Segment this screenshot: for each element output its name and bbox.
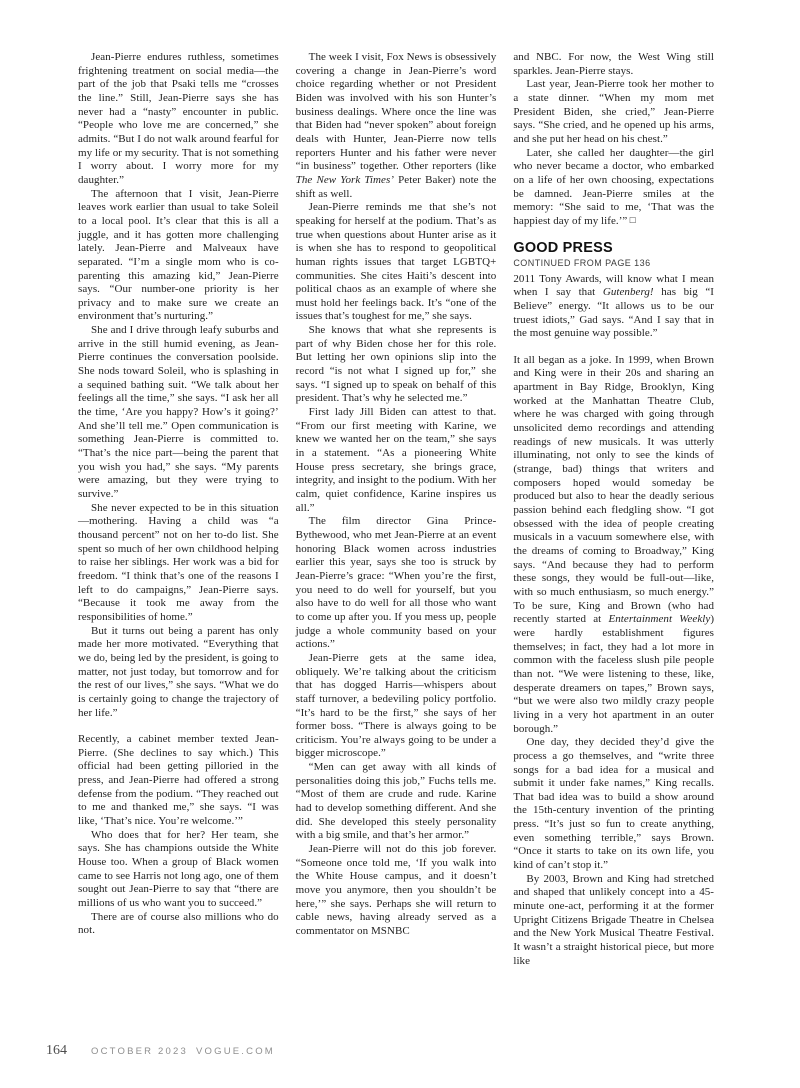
paragraph: One day, they decided they’d give the pr… xyxy=(513,736,714,873)
page-footer: 164 OCTOBER 2023 VOGUE.COM xyxy=(46,1043,275,1059)
paragraph: Jean-Pierre endures ruthless, sometimes … xyxy=(78,51,279,188)
footer-issue-label: OCTOBER 2023 xyxy=(91,1046,188,1057)
paragraph: She knows that what she represents is pa… xyxy=(296,324,497,406)
text-segment: Who does that for her? Her team, she say… xyxy=(78,829,279,909)
footer-site-label: VOGUE.COM xyxy=(196,1046,275,1057)
text-segment: But it turns out being a parent has only… xyxy=(78,625,279,719)
text-segment: Jean-Pierre gets at the same idea, obliq… xyxy=(296,652,497,760)
paragraph: Jean-Pierre reminds me that she’s not sp… xyxy=(296,201,497,324)
column-1: Jean-Pierre endures ruthless, sometimes … xyxy=(78,51,279,968)
italic-publication-name: Gutenberg! xyxy=(603,286,654,298)
paragraph: The film director Gina Prince-Bythewood,… xyxy=(296,515,497,652)
text-segment: One day, they decided they’d give the pr… xyxy=(513,736,714,871)
paragraph: and NBC. For now, the West Wing still sp… xyxy=(513,51,714,78)
text-segment: She never expected to be in this situati… xyxy=(78,502,279,623)
column-2: The week I visit, Fox News is obsessivel… xyxy=(296,51,497,968)
paragraph: 2011 Tony Awards, will know what I mean … xyxy=(513,273,714,341)
paragraph: Recently, a cabinet member texted Jean-P… xyxy=(78,733,279,829)
section-heading: GOOD PRESS xyxy=(513,241,714,256)
paragraph: There are of course also millions who do… xyxy=(78,911,279,938)
paragraph: Jean-Pierre gets at the same idea, obliq… xyxy=(296,652,497,761)
paragraph: Jean-Pierre will not do this job forever… xyxy=(296,843,497,939)
paragraph: She and I drive through leafy suburbs an… xyxy=(78,324,279,502)
text-segment: Last year, Jean-Pierre took her mother t… xyxy=(513,78,714,145)
text-segment: ) were hardly establishment figures them… xyxy=(513,613,714,734)
text-segment: The week I visit, Fox News is obsessivel… xyxy=(296,51,497,172)
text-segment: It all began as a joke. In 1999, when Br… xyxy=(513,354,714,625)
paragraph: Who does that for her? Her team, she say… xyxy=(78,829,279,911)
paragraph: Last year, Jean-Pierre took her mother t… xyxy=(513,78,714,146)
text-segment: Recently, a cabinet member texted Jean-P… xyxy=(78,733,279,827)
text-segment: Jean-Pierre endures ruthless, sometimes … xyxy=(78,51,279,186)
column-3: and NBC. For now, the West Wing still sp… xyxy=(513,51,714,968)
paragraph: The week I visit, Fox News is obsessivel… xyxy=(296,51,497,201)
paragraph: She never expected to be in this situati… xyxy=(78,502,279,625)
text-segment: and NBC. For now, the West Wing still sp… xyxy=(513,51,714,77)
paragraph: Later, she called her daughter—the girl … xyxy=(513,147,714,230)
article-end-mark: □ xyxy=(627,216,635,226)
paragraph: By 2003, Brown and King had stretched an… xyxy=(513,873,714,969)
magazine-page: Jean-Pierre endures ruthless, sometimes … xyxy=(0,0,800,1088)
text-segment: “Men can get away with all kinds of pers… xyxy=(296,761,497,841)
paragraph: “Men can get away with all kinds of pers… xyxy=(296,761,497,843)
text-segment: Jean-Pierre reminds me that she’s not sp… xyxy=(296,201,497,322)
text-segment: The film director Gina Prince-Bythewood,… xyxy=(296,515,497,650)
page-number: 164 xyxy=(46,1043,67,1059)
text-segment: There are of course also millions who do… xyxy=(78,911,279,937)
article-columns: Jean-Pierre endures ruthless, sometimes … xyxy=(78,51,714,968)
text-segment: Later, she called her daughter—the girl … xyxy=(513,147,714,227)
text-segment: She and I drive through leafy suburbs an… xyxy=(78,324,279,500)
italic-publication-name: Entertainment Weekly xyxy=(608,613,710,625)
continued-from-line: CONTINUED FROM PAGE 136 xyxy=(513,258,714,269)
text-segment: By 2003, Brown and King had stretched an… xyxy=(513,873,714,967)
text-segment: She knows that what she represents is pa… xyxy=(296,324,497,404)
paragraph: First lady Jill Biden can attest to that… xyxy=(296,406,497,515)
text-segment: Jean-Pierre will not do this job forever… xyxy=(296,843,497,937)
paragraph: The afternoon that I visit, Jean-Pierre … xyxy=(78,188,279,325)
paragraph: But it turns out being a parent has only… xyxy=(78,625,279,721)
text-segment: First lady Jill Biden can attest to that… xyxy=(296,406,497,514)
italic-publication-name: The New York Times’ xyxy=(296,174,394,186)
paragraph: It all began as a joke. In 1999, when Br… xyxy=(513,354,714,736)
text-segment: The afternoon that I visit, Jean-Pierre … xyxy=(78,188,279,323)
